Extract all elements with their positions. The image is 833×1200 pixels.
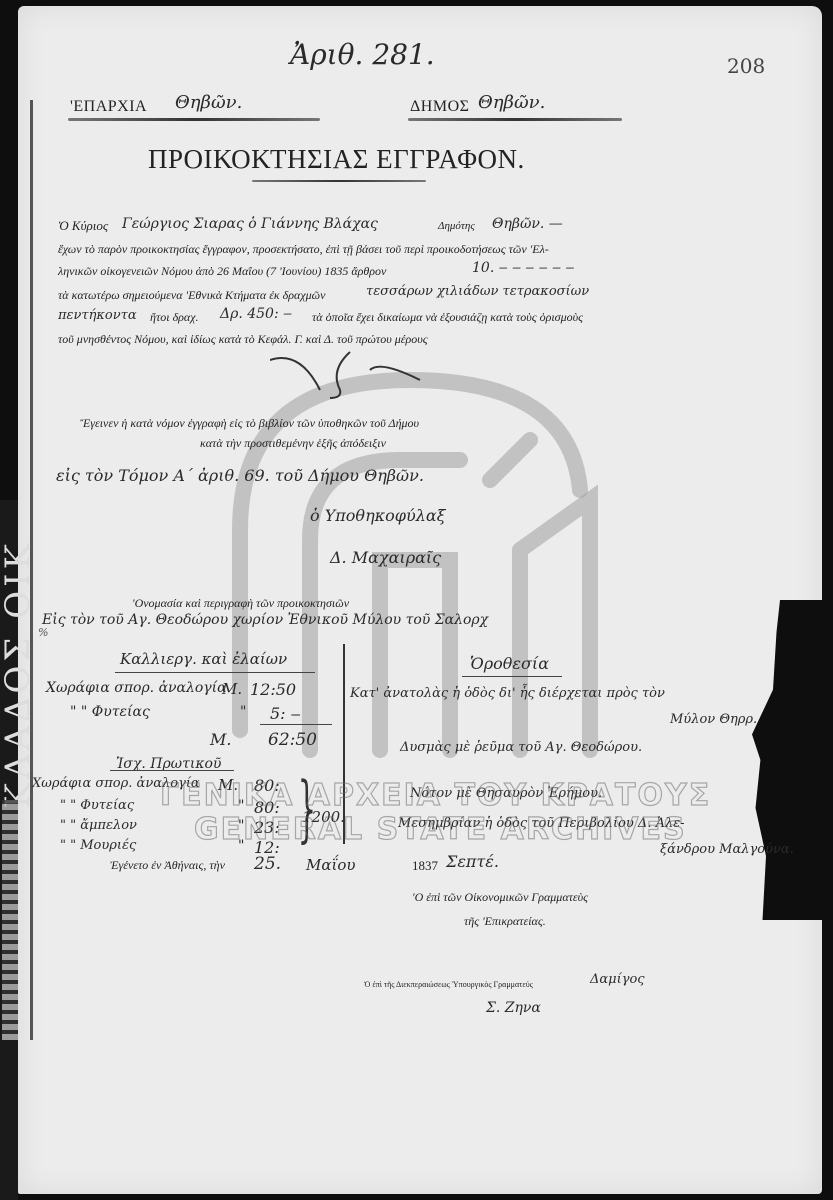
left-row2-unit: " xyxy=(240,704,246,720)
watermark-english: GENERAL STATE ARCHIVES xyxy=(194,812,687,847)
intro-line1-hand2: Θηβῶν. — xyxy=(492,216,563,232)
properties-hand-desc: Εἰς τὸν τοῦ Αγ. Θεοδώρου χωρίον Ἐθνικοῦ … xyxy=(42,612,488,628)
left-section1-underline xyxy=(115,672,315,673)
intro-line5-rest: τὰ ὁποῖα ἔχει δικαίωμα νὰ ἐξουσιάζῃ κατὰ… xyxy=(312,310,583,325)
properties-heading: 'Ονομασία καὶ περιγραφὴ τῶν προικοκτησιῶ… xyxy=(132,596,349,611)
place-date-day: 25. xyxy=(254,854,281,874)
registration-hand-entry: εἰς τὸν Τόμον Α΄ ἀριθ. 69. τοῦ Δήμου Θηβ… xyxy=(56,466,424,485)
eparchia-rule xyxy=(68,118,320,121)
secretary-line1: 'Ο ἐπὶ τῶν Οἰκονομικῶν Γραμματεὺς xyxy=(412,890,588,905)
intro-line1-prefix: Ὁ Κύριος xyxy=(58,218,108,234)
undersecretary-sig1: Δαμίγος xyxy=(590,972,645,987)
left2-row2-label: " " Φυτείας xyxy=(60,798,134,813)
dimos-value: Θηβῶν. xyxy=(478,92,545,113)
intro-line2: ἔχων τὸ παρὸν προικοκτησίας ἔγγραφον, πρ… xyxy=(58,242,549,257)
place-date-year: 1837 xyxy=(412,858,438,874)
eparchia-value: Θηβῶν. xyxy=(175,92,242,113)
intro-line4-hand: τεσσάρων χιλιάδων τετρακοσίων xyxy=(366,284,589,299)
left-row1-value: 12:50 xyxy=(250,680,296,699)
dimos-label: ΔΗΜΟΣ xyxy=(410,98,469,116)
left-row2-value: 5: ‒ xyxy=(270,704,301,723)
intro-amount: Δρ. 450: ‒ xyxy=(220,306,292,322)
stub-ornament xyxy=(2,800,18,1040)
intro-line5-print: ἤτοι δραχ. xyxy=(150,310,199,325)
intro-line4: τὰ κατωτέρω σημειούμενα 'Εθνικὰ Κτήματα … xyxy=(58,288,325,303)
right-row-3: Δυσμὰς μὲ ῥεῦμα τοῦ Αγ. Θεοδώρου. xyxy=(400,740,642,755)
secretary-line2: τῆς 'Επικρατείας. xyxy=(464,914,546,929)
stub-vertical-text: ΚΛΑΔΟΣ ΟΙΚ xyxy=(0,540,20,809)
subtotal-underline xyxy=(260,724,332,725)
registration-line2: κατὰ τὴν προστιθεμένην ἑξῆς ἀπόδειξιν xyxy=(200,436,386,451)
watermark-greek: ΓΕΝΙΚΑ ΑΡΧΕΙΑ ΤΟΥ ΚΡΑΤΟΥΣ xyxy=(160,778,711,813)
margin-mark-1: % xyxy=(38,626,48,639)
left2-row4-label: " " Μουριές xyxy=(60,838,136,853)
undersecretary-sig2: Σ. Ζηνα xyxy=(486,1000,541,1016)
intro-line5-hand: πεντήκοντα xyxy=(58,308,137,323)
left-section2-underline xyxy=(110,770,234,771)
left-border-rule xyxy=(30,100,33,1040)
right-section-title: Ὁροθεσία xyxy=(470,654,549,673)
right-row-2: Μύλον Θηρρ. xyxy=(670,712,757,727)
registration-line1: Ἔγεινεν ἡ κατὰ νόμον ἐγγραφὴ εἰς τὸ βιβλ… xyxy=(80,416,419,431)
left-subtotal-value: 62:50 xyxy=(268,730,317,750)
eparchia-label: 'ΕΠΑΡΧΙΑ xyxy=(70,98,147,116)
page-number: 208 xyxy=(727,54,765,78)
arith-number: Ἀριθ. 281. xyxy=(290,38,435,71)
left-row2-label: " " Φυτείας xyxy=(70,704,150,720)
left-subtotal-unit: Μ. xyxy=(210,730,231,749)
left2-row3-label: " " ἄμπελον xyxy=(60,818,137,833)
hypothecary-signature: Δ. Μαχαιραῖς xyxy=(330,548,441,567)
left-row1-label: Χωράφια σπορ. ἀναλογία xyxy=(46,680,227,696)
place-date-note: Σεπτέ. xyxy=(446,852,499,871)
right-section-underline xyxy=(462,676,562,677)
left-row1-unit: Μ. xyxy=(222,680,242,698)
title-rule xyxy=(252,180,426,182)
undersecretary-label: Ὁ ἐπὶ τῆς Διεκπεραιώσεως Ὑπουργικὸς Γραμ… xyxy=(364,980,533,989)
flourish-ornament xyxy=(270,350,430,400)
intro-line3: ληνικῶν οἰκογενειῶν Νόμου ἀπὸ 26 Μαΐου (… xyxy=(58,264,386,279)
place-date-print: Ἐγένετο ἐν Ἀθήναις, τὴν xyxy=(110,858,225,873)
intro-line1-suffix: Δημότης xyxy=(438,220,475,232)
dimos-rule xyxy=(408,118,622,121)
intro-line3-hand: 10. ‒ ‒ ‒ ‒ ‒ ‒ xyxy=(472,260,574,276)
document-title: ΠΡΟΙΚΟΚΤΗΣΙΑΣ ΕΓΓΡΑΦΟΝ. xyxy=(148,144,525,175)
hypothecary-title: ὁ Υποθηκοφύλαξ xyxy=(310,506,445,525)
left-section1-title: Καλλιεργ. καὶ ἐλαίων xyxy=(120,650,287,668)
place-date-month: Μαΐου xyxy=(306,856,356,874)
right-row-1: Κατ' ἀνατολὰς ἡ ὁδὸς δι' ἧς διέρχεται πρ… xyxy=(350,686,665,701)
intro-line1-hand: Γεώργιος Σιαρας ὁ Γιάννης Βλάχας xyxy=(122,216,378,232)
intro-line6: τοῦ μνησθέντος Νόμου, καὶ ἰδίως κατὰ τὸ … xyxy=(58,332,428,347)
